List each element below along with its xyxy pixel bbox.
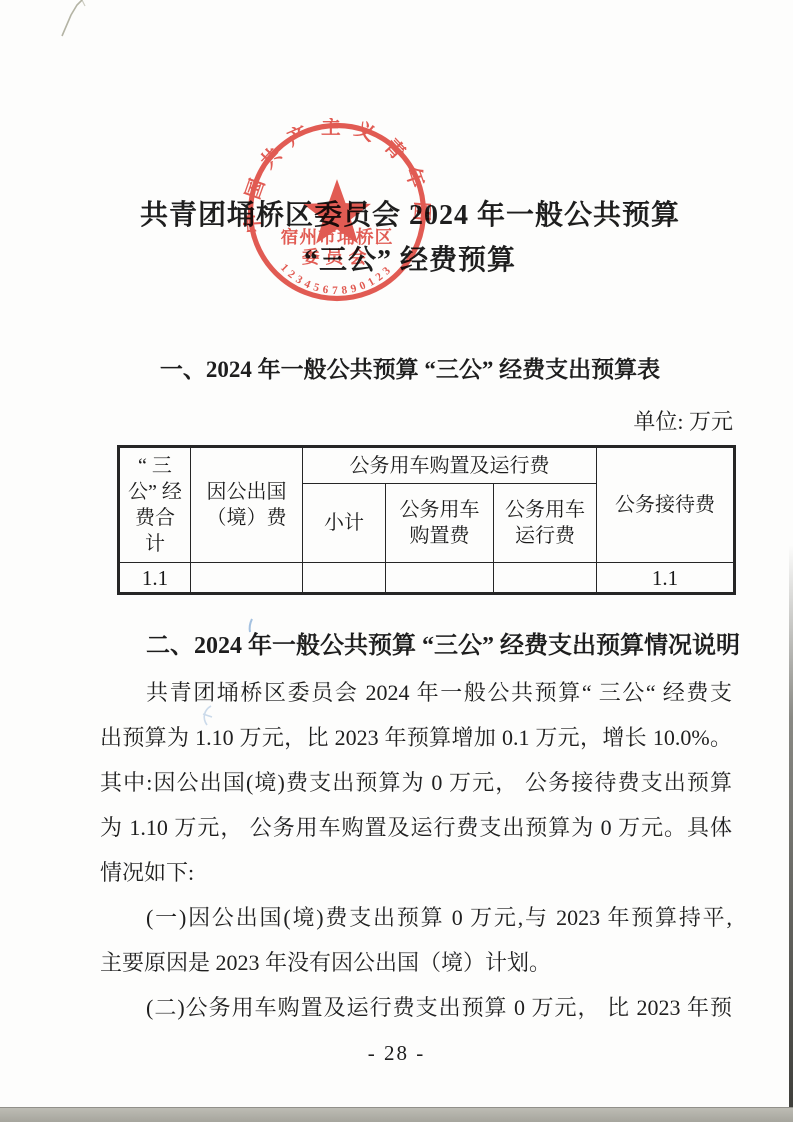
cell-subtotal [303,563,386,594]
body-line: 情况如下: [100,850,732,895]
body-line: 共青团埇桥区委员会 2024 年一般公共预算“ 三公“ 经费支 [100,670,732,715]
official-seal: 中国共产主义青年团 宿州市埇桥区 委员会 1234567890123 [243,118,431,306]
cell-abroad [191,563,303,594]
scan-edge-bottom [0,1107,793,1122]
body-line: (一)因公出国(境)费支出预算 0 万元,与 2023 年预算持平, [100,895,732,940]
table-unit-label: 单位: 万元 [117,407,733,437]
scan-edge-right [789,545,793,1122]
document-page: 共青团埇桥区委员会 2024 年一般公共预算 “三公” 经费预算 中国共产主义青… [0,0,793,1122]
page-number: - 28 - [0,1040,793,1066]
cell-reception: 1.1 [597,563,735,594]
header-purchase: 公务用车 购置费 [386,484,494,563]
table-data-row: 1.1 1.1 [119,563,735,594]
budget-table: “ 三 公” 经 费合 计 因公出国 （境）费 公务用车购置及运行费 公务接待费… [117,445,736,595]
seal-org-line1: 宿州市埇桥区 [281,226,394,247]
header-subtotal: 小计 [303,484,386,563]
body-line: 为 1.10 万元， 公务用车购置及运行费支出预算为 0 万元。具体 [100,805,732,850]
cell-total: 1.1 [119,563,191,594]
header-vehicle-group: 公务用车购置及运行费 [303,447,597,484]
seal-serial-number: 1234567890123 [278,262,396,297]
body-line: 出预算为 1.10 万元，比 2023 年预算增加 0.1 万元，增长 10.0… [100,715,732,760]
body-line: 其中:因公出国(境)费支出预算为 0 万元， 公务接待费支出预算 [100,760,732,805]
pen-mark-artifact [52,0,96,46]
header-total: “ 三 公” 经 费合 计 [119,447,191,563]
cell-operation [494,563,597,594]
header-operation: 公务用车 运行费 [494,484,597,563]
header-abroad: 因公出国 （境）费 [191,447,303,563]
body-line: 主要原因是 2023 年没有因公出国（境）计划。 [100,940,732,985]
body-text: 共青团埇桥区委员会 2024 年一般公共预算“ 三公“ 经费支 出预算为 1.1… [100,670,732,1030]
section1-heading: 一、2024 年一般公共预算 “三公” 经费支出预算表 [100,349,720,391]
section2-heading: 二、2024 年一般公共预算 “三公” 经费支出预算情况说明 [100,629,786,663]
body-line: (二)公务用车购置及运行费支出预算 0 万元， 比 2023 年预 [100,985,732,1030]
seal-org-line2: 委员会 [302,246,373,267]
cell-purchase [386,563,494,594]
table-header-row-1: “ 三 公” 经 费合 计 因公出国 （境）费 公务用车购置及运行费 公务接待费 [119,447,735,484]
header-reception: 公务接待费 [597,447,735,563]
